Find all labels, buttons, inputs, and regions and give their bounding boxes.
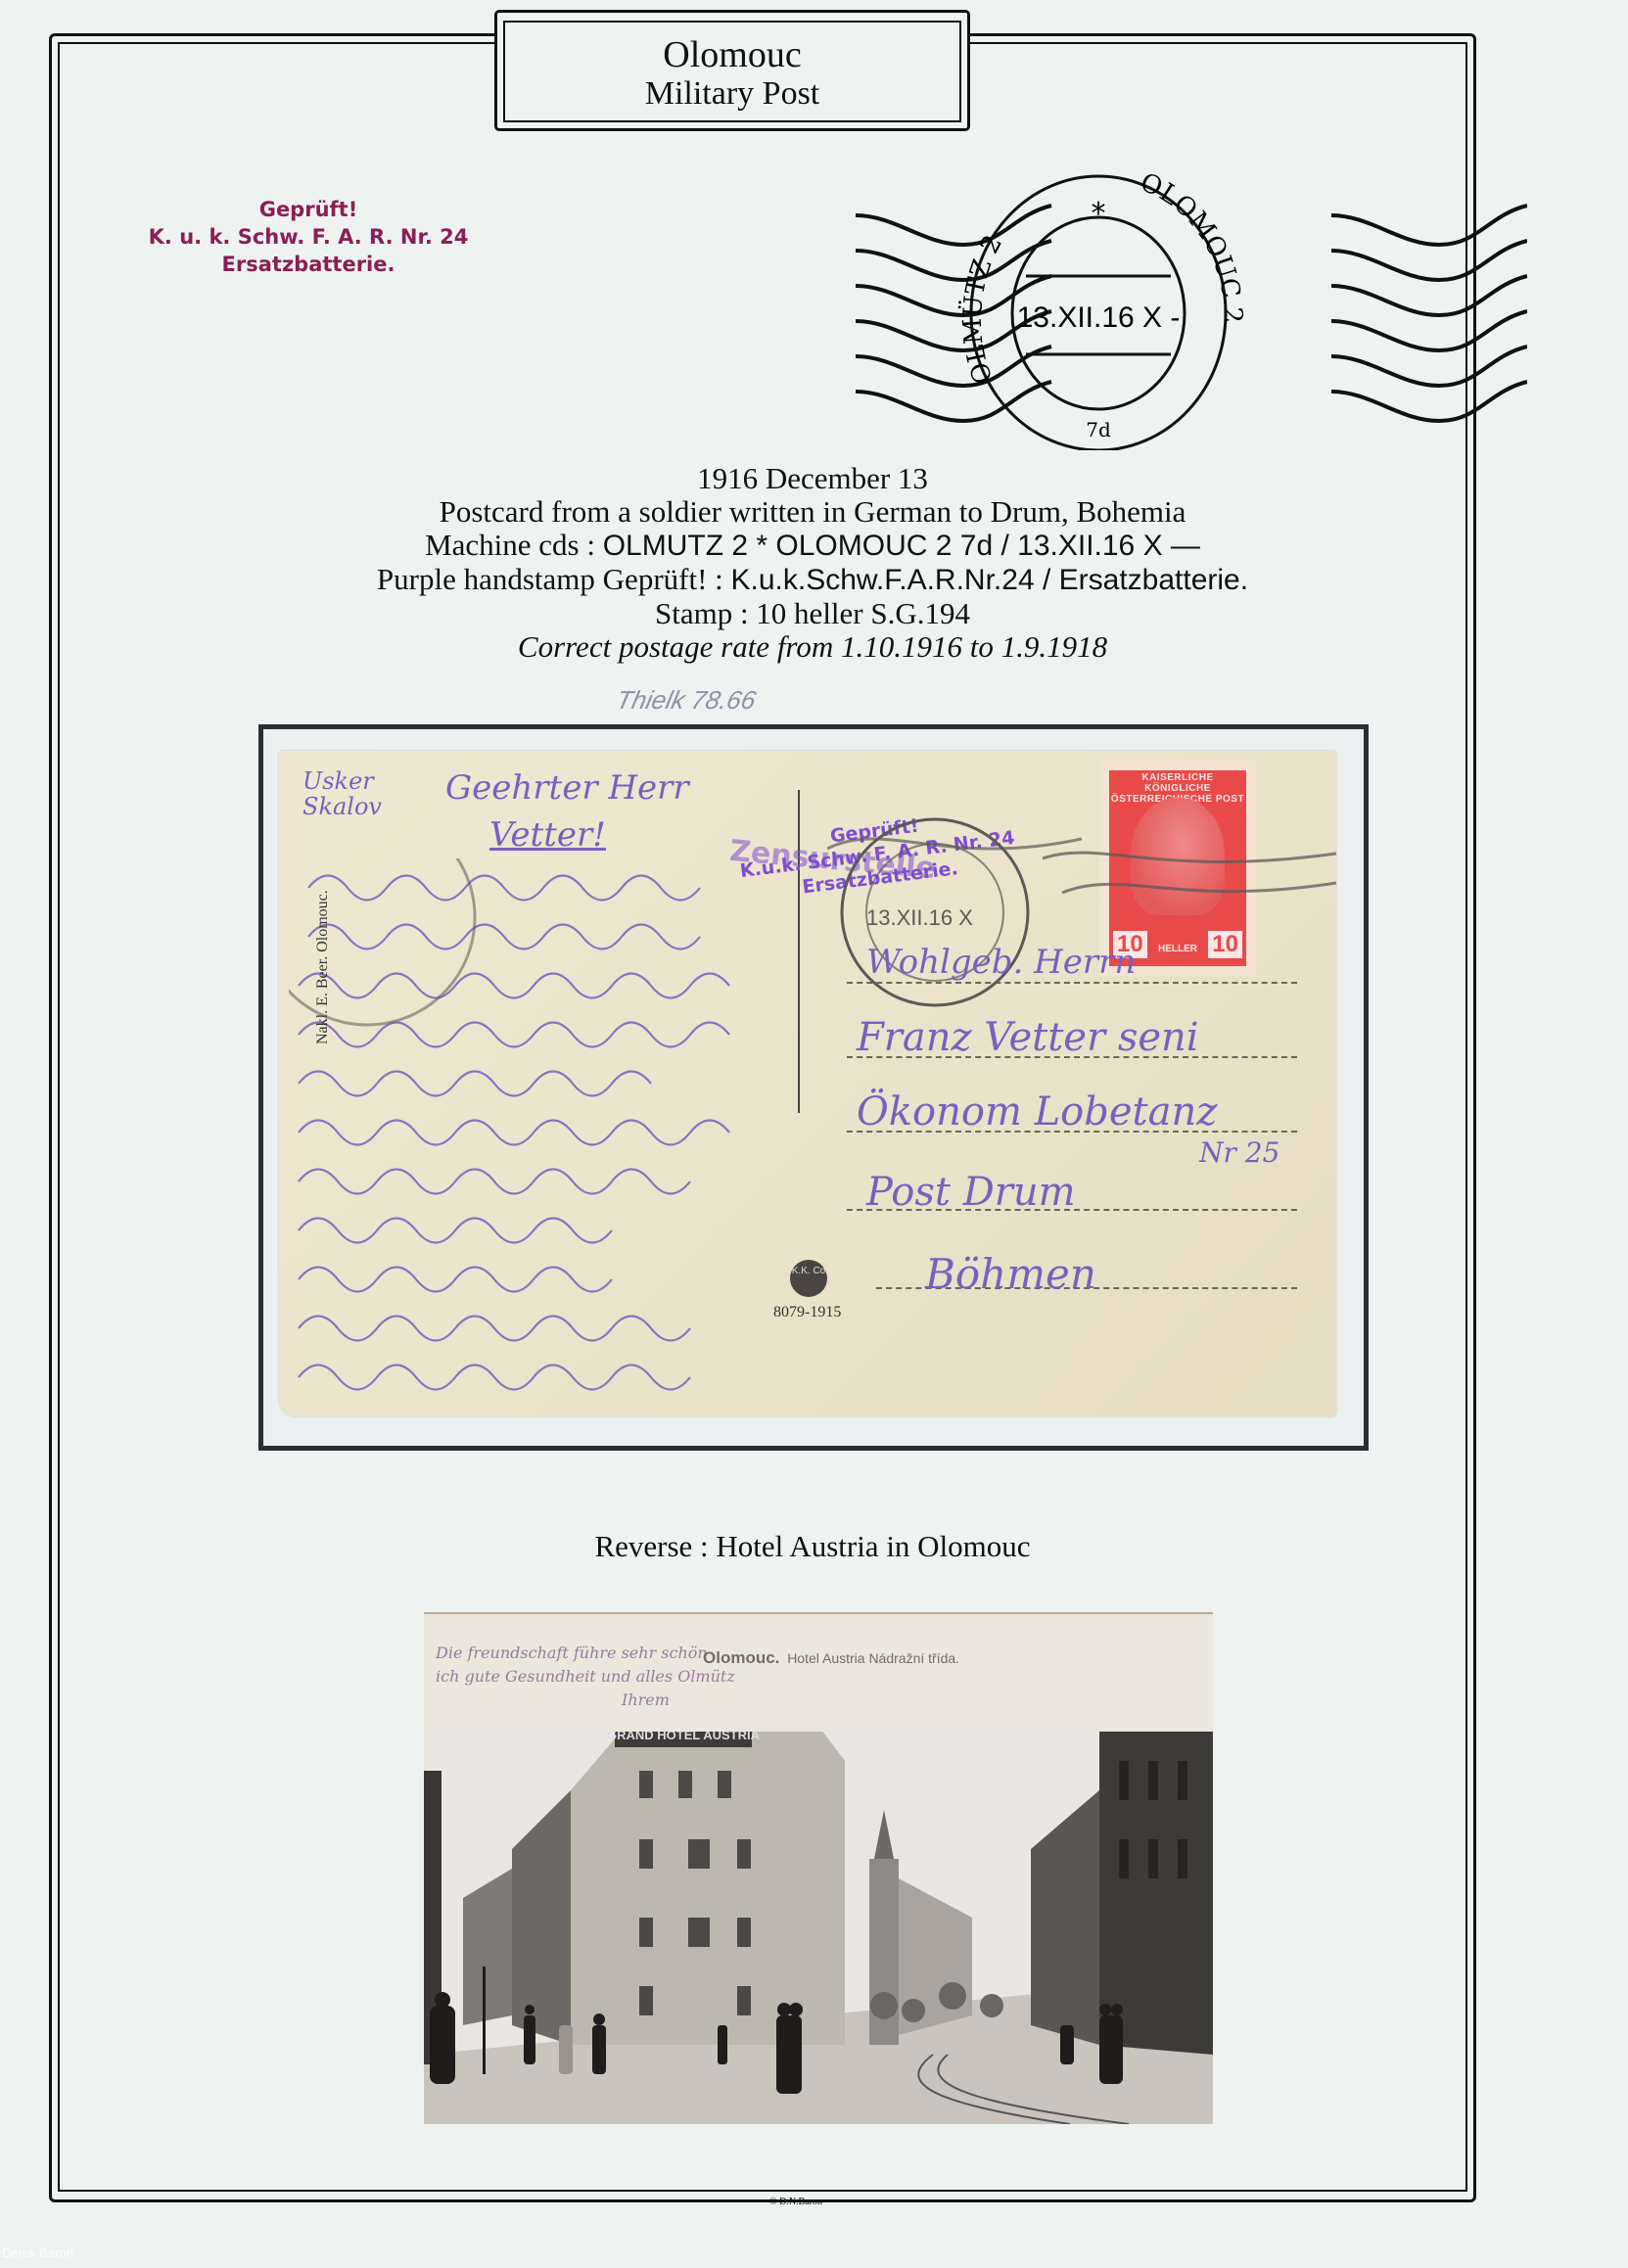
- sender-note: UskerSkalov: [302, 768, 382, 819]
- svg-text:OLMÜTZ 2: OLMÜTZ 2: [956, 230, 1008, 387]
- salutation: Geehrter Herr: [445, 768, 689, 808]
- description-date: 1916 December 13: [215, 462, 1410, 495]
- card-number: 8079-1915: [773, 1304, 841, 1321]
- address-line-5: Böhmen: [925, 1250, 1096, 1298]
- svg-text:*: *: [1092, 197, 1106, 231]
- hotel-austria-photo: GRAND HOTEL AUSTRIA: [424, 1732, 1213, 2124]
- description-stamp: Stamp : 10 heller S.G.194: [215, 597, 1410, 630]
- title-box: Olomouc Military Post: [494, 10, 970, 131]
- description-handstamp: Purple handstamp Geprüft! : K.u.k.Schw.F…: [215, 563, 1410, 597]
- address-line-2: Franz Vetter seni: [857, 1015, 1199, 1060]
- description-cds: Machine cds : OLMUTZ 2 * OLOMOUC 2 7d / …: [215, 529, 1410, 563]
- watermark: Derek Baron: [2, 2245, 73, 2260]
- handstamp-line-2: K. u. k. Schw. F. A. R. Nr. 24: [117, 223, 499, 251]
- reverse-handwriting: Die freundschaft führe sehr schön ich gu…: [436, 1642, 735, 1712]
- postcard-front: UskerSkalov Geehrter Herr Vetter! Nakl. …: [279, 751, 1336, 1416]
- address-line-1: Wohlgeb. Herrn: [866, 943, 1136, 982]
- handstamp-replica: Geprüft! K. u. k. Schw. F. A. R. Nr. 24 …: [117, 196, 499, 278]
- stamp-value-right: 10: [1208, 931, 1242, 958]
- address-line-3: Ökonom Lobetanz: [857, 1089, 1217, 1134]
- salutation-name: Vetter!: [489, 815, 606, 855]
- svg-text:GRAND HOTEL AUSTRIA: GRAND HOTEL AUSTRIA: [607, 1732, 761, 1742]
- handstamp-line-3: Ersatzbatterie.: [117, 251, 499, 278]
- description-summary: Postcard from a soldier written in Germa…: [215, 495, 1410, 529]
- postcard-reverse: Die freundschaft führe sehr schön ich gu…: [424, 1612, 1213, 2124]
- handwritten-message: [289, 858, 788, 1407]
- pencil-catalogue-note: Thielk 78.66: [614, 685, 759, 716]
- address-line-4: Post Drum: [866, 1170, 1076, 1215]
- publisher-logo: K.K. Co: [790, 1260, 827, 1297]
- description-block: 1916 December 13 Postcard from a soldier…: [215, 462, 1410, 664]
- svg-text:7d: 7d: [1086, 418, 1111, 441]
- cancel-wave-lines: [1043, 839, 1336, 907]
- page-title: Olomouc: [505, 34, 959, 75]
- machine-cancel-replica: * OLMÜTZ 2 OLOMOUC 2 13.XII.16 X - 7d: [842, 166, 1527, 450]
- publisher-imprint: Nakl. E. Beer. Olomouc.: [314, 890, 332, 1044]
- handstamp-line-1: Geprüft!: [117, 196, 499, 223]
- svg-text:OLOMOUC 2: OLOMOUC 2: [1136, 167, 1247, 323]
- postcard-mount: UskerSkalov Geehrter Herr Vetter! Nakl. …: [258, 724, 1369, 1451]
- reverse-printed-caption: Olomouc. Hotel Austria Nádražní třída.: [703, 1648, 959, 1668]
- address-house-number: Nr 25: [1199, 1136, 1279, 1169]
- page-subtitle: Military Post: [505, 75, 959, 113]
- reverse-caption: Reverse : Hotel Austria in Olomouc: [411, 1529, 1214, 1564]
- description-rate: Correct postage rate from 1.10.1916 to 1…: [215, 630, 1410, 664]
- svg-text:13.XII.16 X -: 13.XII.16 X -: [1017, 301, 1181, 334]
- svg-text:13.XII.16 X: 13.XII.16 X: [866, 905, 973, 930]
- copyright-notice: © D.N.Baron: [769, 2197, 822, 2207]
- wave-lines-right: [1331, 206, 1527, 421]
- stamp-unit: HELLER: [1158, 944, 1197, 954]
